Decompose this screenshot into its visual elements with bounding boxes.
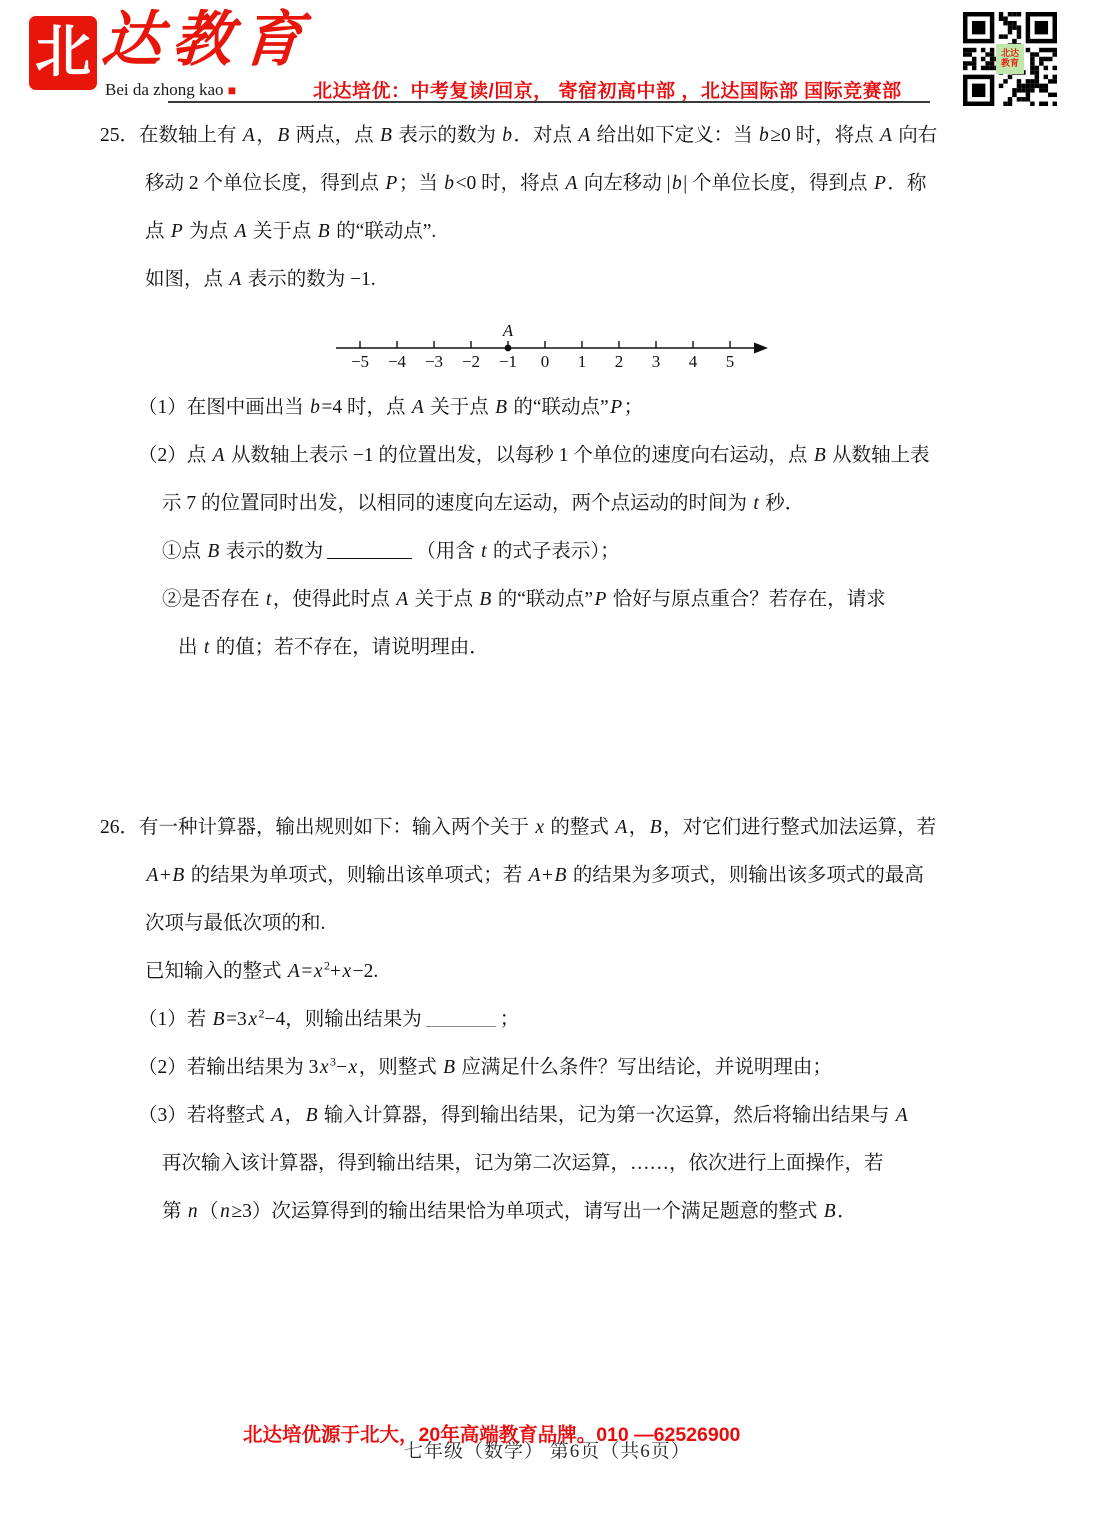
text-line: ②是否存在 t，使得此时点 A 关于点 B 的“联动点”P 恰好与原点重合？若存… [100,586,1053,634]
math-variable: B [553,865,568,886]
header-slogan: 北达培优：中考复读/回京， 寄宿初高中部 ，北达国际部 国际竞赛部 [313,76,902,103]
math-variable: B [478,589,493,610]
text-run: ，使得此时点 [273,589,395,610]
svg-text:3: 3 [652,352,661,370]
text-run: 表示的数为 [393,125,500,146]
math-variable: A [577,125,592,146]
text-line: 示 7 的位置同时出发，以相同的速度向左运动，两个点运动的时间为 t 秒． [100,490,1053,538]
text-run: 为点 [184,221,233,242]
text-run: ②是否存在 [162,589,264,610]
text-line: A+B 的结果为单项式，则输出该单项式；若 A+B 的结果为多项式，则输出该多项… [100,862,1053,910]
text-run: 第 [162,1201,186,1222]
math-variable: b [443,173,456,194]
text-run: ．对点 [513,125,576,146]
number-line-figure: −5−4−3−2−1012345A [100,314,1053,394]
text-run: 从数轴上表 [827,445,929,466]
text-run: 的结果为单项式，则输出该单项式；若 [186,865,527,886]
svg-text:1: 1 [578,352,587,370]
text-run: 再次输入该计算器，得到输出结果，记为第二次运算，……，依次进行上面操作，若 [162,1153,884,1174]
text-run: 出 [178,637,202,658]
text-run: 表示的数为 −1. [243,269,376,290]
text-line: 再次输入该计算器，得到输出结果，记为第二次运算，……，依次进行上面操作，若 [100,1150,1053,1198]
text-run: 点 [145,221,169,242]
math-variable: B [211,1009,226,1030]
text-run: 25．在数轴上有 [100,125,241,146]
text-line: 25．在数轴上有 A，B 两点，点 B 表示的数为 b．对点 A 给出如下定义：… [100,122,1053,170]
question-25-bottom: （1）在图中画出当 b=4 时，点 A 关于点 B 的“联动点”P；（2）点 A… [100,394,1053,682]
text-run: | 个单位长度，得到点 [683,173,872,194]
page-content: 25．在数轴上有 A，B 两点，点 B 表示的数为 b．对点 A 给出如下定义：… [100,122,1053,1246]
math-variable: B [316,221,331,242]
math-variable: t [264,589,272,610]
text-run: （用含 [416,541,479,562]
svg-text:5: 5 [726,352,735,370]
math-variable: P [169,221,184,242]
text-run: <0 时，将点 [455,173,564,194]
svg-text:A: A [502,321,514,340]
text-run: 的“联动点” [509,397,609,418]
math-variable: A [233,221,248,242]
text-run: 26．有一种计算器，输出规则如下：输入两个关于 [100,817,534,838]
text-run: 关于点 [425,397,493,418]
text-run: = [301,961,312,982]
math-variable: A [878,125,893,146]
svg-text:2: 2 [615,352,624,370]
blank-space [100,682,1053,814]
text-line: （1）若 B=3x2−4，则输出结果为； [100,1006,1053,1054]
svg-text:−2: −2 [462,352,480,370]
text-run: ①点 [162,541,206,562]
math-variable: B [822,1201,837,1222]
brand-seal-logo: 北 [27,14,99,92]
text-run: ．称 [887,173,926,194]
text-line: （1）在图中画出当 b=4 时，点 A 关于点 B 的“联动点”P； [100,394,1053,442]
text-run: 示 7 的位置同时出发，以相同的速度向左运动，两个点运动的时间为 [162,493,752,514]
math-variable: A [527,865,542,886]
math-variable: B [442,1057,457,1078]
math-variable: B [171,865,186,886]
seal-character: 北 [35,25,91,81]
brand-subtitle: Bei da zhong kao ■ [105,80,236,100]
text-run: 的“联动点”. [331,221,436,242]
text-line: 出 t 的值；若不存在，请说明理由． [100,634,1053,682]
text-run: 秒． [760,493,804,514]
math-variable: B [648,817,663,838]
question-25-top: 25．在数轴上有 A，B 两点，点 B 表示的数为 b．对点 A 给出如下定义：… [100,122,1053,314]
text-line: 已知输入的整式 A=x2+x−2. [100,958,1053,1006]
question-26: 26．有一种计算器，输出规则如下：输入两个关于 x 的整式 A，B，对它们进行整… [100,814,1053,1246]
math-variable: A [614,817,629,838]
math-variable: b [758,125,771,146]
text-run: 表示的数为 [221,541,323,562]
math-variable: A [241,125,256,146]
text-line: （2）点 A 从数轴上表示 −1 的位置出发，以每秒 1 个单位的速度向右运动，… [100,442,1053,490]
math-variable: x [347,1057,359,1078]
math-variable: A [228,269,243,290]
math-variable: A [145,865,160,886]
answer-blank [327,539,412,559]
text-run: ，则整式 [359,1057,442,1078]
svg-text:−5: −5 [351,352,369,370]
text-run: ≥0 时，将点 [770,125,878,146]
math-variable: A [564,173,579,194]
text-run: ． [837,1201,857,1222]
text-run: ，对它们进行整式加法运算，若 [663,817,936,838]
text-run: −2. [353,961,379,982]
qr-code: 北达 教育 [963,12,1057,106]
text-run: ， [629,817,649,838]
text-run: 恰好与原点重合？若存在，请求 [608,589,886,610]
text-line: 点 P 为点 A 关于点 B 的“联动点”. [100,218,1053,266]
text-run: ， [256,125,276,146]
number-line: −5−4−3−2−1012345A [336,316,768,370]
text-run: − [336,1057,347,1078]
text-run: 关于点 [410,589,478,610]
text-run: 应满足什么条件？写出结论，并说明理由； [457,1057,832,1078]
text-run: 向左移动 | [579,173,671,194]
text-run: 已知输入的整式 [145,961,286,982]
math-variable: B [206,541,221,562]
svg-text:−3: −3 [425,352,443,370]
math-variable: B [812,445,827,466]
math-variable: t [202,637,210,658]
math-variable: B [276,125,291,146]
math-variable: x [534,817,546,838]
math-variable: x [341,961,353,982]
text-run: （3）若将整式 [138,1105,270,1126]
text-run: + [330,961,341,982]
page-header: 北 达教育 Bei da zhong kao ■ 北达培优：中考复读/回京， 寄… [0,0,1093,110]
text-run: 关于点 [248,221,316,242]
math-variable: A [211,445,226,466]
math-variable: x [312,961,324,982]
math-variable: A [894,1105,909,1126]
text-run: 的整式 [546,817,614,838]
text-line: 第 n（n≥3）次运算得到的输出结果恰为单项式，请写出一个满足题意的整式 B． [100,1198,1053,1246]
math-variable: n [186,1201,199,1222]
text-run: 从数轴上表示 −1 的位置出发，以每秒 1 个单位的速度向右运动，点 [226,445,812,466]
header-rule [168,101,930,103]
math-variable: B [494,397,509,418]
text-run: （ [199,1201,219,1222]
math-variable: t [480,541,488,562]
text-run: 两点，点 [291,125,379,146]
text-run: ， [285,1105,305,1126]
text-run: ； [500,1009,520,1030]
text-run: （1）若 [138,1009,211,1030]
svg-text:4: 4 [689,352,698,370]
math-variable: n [219,1201,232,1222]
math-variable: B [304,1105,319,1126]
text-run: + [542,865,553,886]
text-run: 次项与最低次项的和. [145,913,325,934]
math-variable: P [609,397,624,418]
text-run: + [160,865,171,886]
text-line: 次项与最低次项的和. [100,910,1053,958]
text-run: 输入计算器，得到输出结果，记为第一次运算，然后将输出结果与 [319,1105,894,1126]
brand-title: 达教育 [100,10,314,70]
text-run: （1）在图中画出当 [138,397,309,418]
text-run: 给出如下定义：当 [592,125,758,146]
exam-page: 北 达教育 Bei da zhong kao ■ 北达培优：中考复读/回京， 寄… [0,0,1093,1535]
text-line: （2）若输出结果为 3x3−x，则整式 B 应满足什么条件？写出结论，并说明理由… [100,1054,1053,1102]
text-run: 如图，点 [145,269,228,290]
math-variable: b [309,397,322,418]
text-run: ；当 [399,173,443,194]
svg-text:−1: −1 [499,352,517,370]
text-line: ①点 B 表示的数为（用含 t 的式子表示）； [100,538,1053,586]
math-variable: A [395,589,410,610]
text-run: 的结果为多项式，则输出该多项式的最高 [568,865,924,886]
text-line: 26．有一种计算器，输出规则如下：输入两个关于 x 的整式 A，B，对它们进行整… [100,814,1053,862]
text-run: −4，则输出结果为 [264,1009,421,1030]
qr-center-label: 北达 教育 [996,44,1024,74]
text-run: ≥3）次运算得到的输出结果恰为单项式，请写出一个满足题意的整式 [231,1201,822,1222]
text-line: 移动 2 个单位长度，得到点 P；当 b<0 时，将点 A 向左移动 |b| 个… [100,170,1053,218]
math-variable: b [501,125,514,146]
footer-slogan: 北达培优源于北大，20年高端教育品牌。010 —62526900 [243,1419,740,1447]
svg-text:−4: −4 [388,352,407,370]
math-variable: A [286,961,301,982]
math-variable: x [318,1057,330,1078]
math-variable: x [247,1009,259,1030]
text-run: 的式子表示）； [488,541,620,562]
math-variable: P [593,589,608,610]
answer-blank [426,1007,496,1027]
text-run: （2）若输出结果为 3 [138,1057,318,1078]
text-run: （2）点 [138,445,211,466]
math-variable: b [671,173,684,194]
text-line: 如图，点 A 表示的数为 −1. [100,266,1053,314]
text-line: （3）若将整式 A，B 输入计算器，得到输出结果，记为第一次运算，然后将输出结果… [100,1102,1053,1150]
text-run: 的值；若不存在，请说明理由． [211,637,489,658]
text-run: 的“联动点” [493,589,593,610]
red-square-icon: ■ [228,84,236,99]
math-variable: B [379,125,394,146]
text-run: =3 [226,1009,247,1030]
svg-text:0: 0 [541,352,550,370]
math-variable: P [384,173,399,194]
math-variable: A [270,1105,285,1126]
text-run: 向右 [893,125,937,146]
text-run: ； [624,397,644,418]
text-run: 移动 2 个单位长度，得到点 [145,173,384,194]
math-variable: P [872,173,887,194]
text-run: =4 时，点 [321,397,410,418]
math-variable: A [410,397,425,418]
